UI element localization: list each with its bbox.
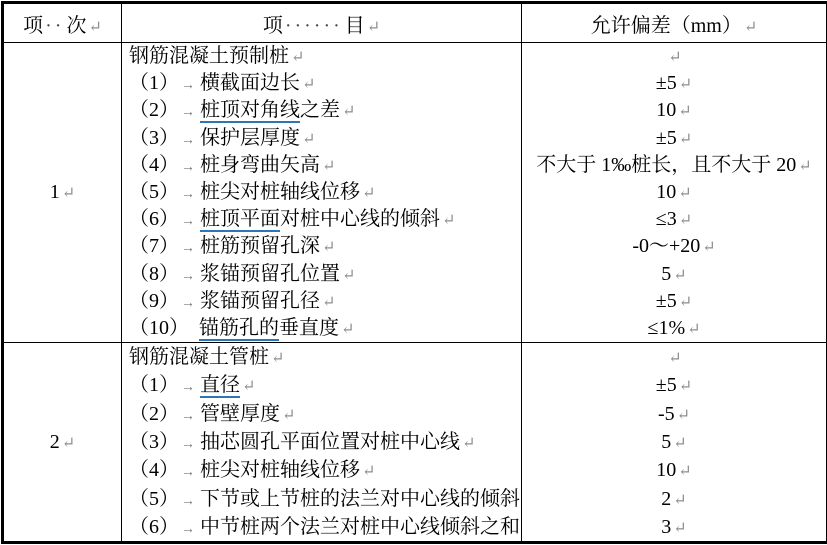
header-cell-item: 项······目↵	[122, 3, 522, 43]
item-number: （1）	[129, 72, 179, 94]
deviation-value: 不大于 1‰桩长，且不大于 20	[536, 154, 796, 176]
paragraph-mark-icon: ↵	[280, 407, 295, 424]
underlined-text: 锚筋孔的	[199, 317, 279, 341]
value-line: ≤1%↵	[522, 315, 826, 342]
category-title: 钢筋混凝土管桩	[129, 346, 269, 368]
paragraph-mark-icon: ↵	[677, 131, 692, 148]
paragraph-mark-icon: ↵	[340, 267, 355, 284]
paragraph-mark-icon: ↵	[671, 435, 686, 452]
item-text: 下节或上节桩的法兰对中心线的倾斜	[200, 488, 520, 510]
header-text: 目	[345, 15, 365, 37]
item-line: （1）→横截面边长↵	[129, 70, 521, 97]
paragraph-mark-icon: ↵	[269, 350, 284, 367]
item-line: （10）锚筋孔的垂直度↵	[129, 315, 521, 342]
paragraph-mark-icon: ↵	[671, 267, 686, 284]
deviation-table: 项··次↵ 项······目↵ 允许偏差（mm）↵ 1↵ 钢筋混凝土预制桩↵（1…	[1, 1, 827, 544]
paragraph-mark-icon: ↵	[671, 520, 686, 537]
underlined-text: 直径	[200, 374, 240, 398]
deviation-value: -5	[658, 403, 675, 425]
item-line: （1）→直径↵	[129, 371, 521, 399]
deviation-value: ±5	[656, 72, 677, 94]
value-line: 5↵	[522, 261, 826, 288]
item-line: （8）→浆锚预留孔位置↵	[129, 261, 521, 288]
item-line: （3）→抽芯圆孔平面位置对桩中心线↵	[129, 428, 521, 456]
paragraph-mark-icon: ↵	[340, 103, 355, 120]
paragraph-mark-icon: ↵	[300, 131, 315, 148]
deviation-value: 3	[661, 516, 671, 538]
value-lines: ↵±5↵10↵±5↵不大于 1‰桩长，且不大于 20↵10↵≤3↵-0～+20↵…	[522, 43, 826, 342]
item-number: （1）	[129, 374, 179, 396]
tab-mark-icon: →	[179, 296, 200, 311]
value-line: ↵	[522, 43, 826, 70]
paragraph-mark-icon: ↵	[360, 463, 375, 480]
item-number: （5）	[129, 488, 179, 510]
item-text: 管壁厚度	[200, 403, 280, 425]
item-line: （3）→保护层厚度↵	[129, 125, 521, 152]
document-page: 项··次↵ 项······目↵ 允许偏差（mm）↵ 1↵ 钢筋混凝土预制桩↵（1…	[0, 0, 827, 545]
deviation-value: ±5	[656, 374, 677, 396]
item-text: 桩尖对桩轴线位移	[200, 181, 360, 203]
item-number: （10）	[129, 317, 189, 339]
item-no-cell: 1↵	[3, 43, 122, 343]
deviation-value: ≤3	[656, 208, 677, 230]
value-line: 10↵	[522, 179, 826, 206]
paragraph-mark-icon: ↵	[320, 239, 335, 256]
item-text: 中节桩两个法兰对桩中心线倾斜之和	[200, 516, 520, 538]
item-line: （5）→下节或上节桩的法兰对中心线的倾斜↵	[129, 485, 521, 513]
header-text: 允许偏差（mm）	[591, 15, 742, 37]
header-text: 次	[66, 15, 86, 37]
item-line: （5）→桩尖对桩轴线位移↵	[129, 179, 521, 206]
value-line: ≤3↵	[522, 206, 826, 233]
paragraph-mark-icon: ↵	[320, 158, 335, 175]
category-title-line: 钢筋混凝土预制桩↵	[129, 43, 521, 70]
value-line: 5↵	[522, 428, 826, 456]
tab-mark-icon: →	[179, 241, 200, 256]
paragraph-mark-icon: ↵	[240, 378, 255, 395]
item-text: 保护层厚度	[200, 127, 300, 149]
item-no: 2	[50, 431, 60, 453]
value-line: 不大于 1‰桩长，且不大于 20↵	[522, 152, 826, 179]
tab-mark-icon: →	[179, 380, 200, 395]
table-body: 1↵ 钢筋混凝土预制桩↵（1）→横截面边长↵（2）→桩顶对角线之差↵（3）→保护…	[3, 43, 827, 543]
item-line: （9）→浆锚预留孔径↵	[129, 288, 521, 315]
deviation-value: 5	[661, 431, 671, 453]
item-number: （6）	[129, 208, 179, 230]
header-text: 项	[23, 15, 43, 37]
item-text: 抽芯圆孔平面位置对桩中心线	[200, 431, 460, 453]
value-line: 10↵	[522, 97, 826, 124]
paragraph-mark-icon: ↵	[460, 435, 475, 452]
item-line: （6）→桩顶平面对桩中心线的倾斜↵	[129, 206, 521, 233]
space-marks: ··	[43, 15, 66, 37]
value-line: ±5↵	[522, 125, 826, 152]
paragraph-mark-icon: ↵	[60, 185, 75, 202]
tab-mark-icon: →	[179, 465, 200, 480]
item-number: （9）	[129, 290, 179, 312]
paragraph-mark-icon: ↵	[700, 239, 715, 256]
tab-mark-icon: →	[179, 437, 200, 452]
paragraph-mark-icon: ↵	[796, 158, 811, 175]
item-number: （4）	[129, 459, 179, 481]
item-no-cell: 2↵	[3, 343, 122, 543]
paragraph-mark-icon: ↵	[360, 185, 375, 202]
item-text: 浆锚预留孔径	[200, 290, 320, 312]
item-lines: 钢筋混凝土预制桩↵（1）→横截面边长↵（2）→桩顶对角线之差↵（3）→保护层厚度…	[129, 43, 521, 342]
tab-mark-icon: →	[179, 78, 200, 93]
item-text: 桩身弯曲矢高	[200, 154, 320, 176]
paragraph-mark-icon: ↵	[60, 435, 75, 452]
underlined-text: 桩顶对角线	[200, 99, 300, 123]
item-line: （2）→桩顶对角线之差↵	[129, 97, 521, 124]
value-line: ↵	[522, 343, 826, 371]
deviation-value: -0～+20	[632, 235, 700, 257]
category-title: 钢筋混凝土预制桩	[129, 45, 289, 67]
paragraph-mark-icon: ↵	[671, 492, 686, 509]
deviation-value: 10	[656, 181, 676, 203]
paragraph-mark-icon: ↵	[676, 185, 691, 202]
header-text: 项	[263, 15, 283, 37]
value-line: ±5↵	[522, 371, 826, 399]
values-cell: ↵±5↵-5↵5↵10↵2↵3↵	[522, 343, 827, 543]
paragraph-mark-icon: ↵	[675, 407, 690, 424]
paragraph-mark-icon: ↵	[677, 378, 692, 395]
value-lines: ↵±5↵-5↵5↵10↵2↵3↵	[522, 343, 826, 541]
values-cell: ↵±5↵10↵±5↵不大于 1‰桩长，且不大于 20↵10↵≤3↵-0～+20↵…	[522, 43, 827, 343]
deviation-value: 2	[661, 488, 671, 510]
paragraph-mark-icon: ↵	[289, 49, 304, 66]
item-text: 垂直度	[279, 317, 339, 339]
item-number: （3）	[129, 431, 179, 453]
value-line: 3↵	[522, 513, 826, 541]
paragraph-mark-icon: ↵	[666, 49, 681, 66]
header-row: 项··次↵ 项······目↵ 允许偏差（mm）↵	[3, 3, 827, 43]
item-text: 桩尖对桩轴线位移	[200, 459, 360, 481]
paragraph-mark-icon: ↵	[677, 294, 692, 311]
item-line: （7）→桩筋预留孔深↵	[129, 233, 521, 260]
items-cell: 钢筋混凝土管桩↵（1）→直径↵（2）→管壁厚度↵（3）→抽芯圆孔平面位置对桩中心…	[122, 343, 522, 543]
value-line: -5↵	[522, 400, 826, 428]
table-row-1: 1↵ 钢筋混凝土预制桩↵（1）→横截面边长↵（2）→桩顶对角线之差↵（3）→保护…	[3, 43, 827, 343]
paragraph-mark-icon: ↵	[685, 321, 700, 338]
value-line: 10↵	[522, 456, 826, 484]
tab-mark-icon: →	[179, 133, 200, 148]
paragraph-mark-icon: ↵	[300, 76, 315, 93]
paragraph-mark-icon: ↵	[676, 463, 691, 480]
item-number: （5）	[129, 181, 179, 203]
header-cell-deviation: 允许偏差（mm）↵	[522, 3, 827, 43]
tab-mark-icon: →	[179, 187, 200, 202]
item-number: （7）	[129, 235, 179, 257]
item-number: （3）	[129, 127, 179, 149]
item-line: （4）→桩身弯曲矢高↵	[129, 152, 521, 179]
paragraph-mark-icon: ↵	[676, 103, 691, 120]
deviation-value: 10	[656, 99, 676, 121]
tab-mark-icon: →	[179, 494, 200, 509]
value-line: -0～+20↵	[522, 233, 826, 260]
deviation-value: 10	[656, 459, 676, 481]
tab-mark-icon: →	[179, 214, 200, 229]
items-cell: 钢筋混凝土预制桩↵（1）→横截面边长↵（2）→桩顶对角线之差↵（3）→保护层厚度…	[122, 43, 522, 343]
table-row-2: 2↵ 钢筋混凝土管桩↵（1）→直径↵（2）→管壁厚度↵（3）→抽芯圆孔平面位置对…	[3, 343, 827, 543]
item-text: 对桩中心线的倾斜	[280, 208, 440, 230]
item-lines: 钢筋混凝土管桩↵（1）→直径↵（2）→管壁厚度↵（3）→抽芯圆孔平面位置对桩中心…	[129, 343, 521, 541]
deviation-value: ±5	[656, 127, 677, 149]
tab-mark-icon: →	[179, 160, 200, 175]
paragraph-mark-icon: ↵	[677, 212, 692, 229]
item-line: （2）→管壁厚度↵	[129, 400, 521, 428]
tab-mark-icon: →	[179, 105, 200, 120]
paragraph-mark-icon: ↵	[677, 76, 692, 93]
item-number: （4）	[129, 154, 179, 176]
header-cell-item-no: 项··次↵	[3, 3, 122, 43]
value-line: ±5↵	[522, 70, 826, 97]
tab-mark-icon: →	[179, 269, 200, 284]
tab-mark-icon: →	[179, 409, 200, 424]
item-line: （4）→桩尖对桩轴线位移↵	[129, 456, 521, 484]
paragraph-mark-icon: ↵	[440, 212, 455, 229]
tab-mark-icon: →	[179, 522, 200, 537]
paragraph-mark-icon: ↵	[742, 19, 757, 36]
deviation-value: 5	[661, 263, 671, 285]
paragraph-mark-icon: ↵	[320, 294, 335, 311]
item-text: 横截面边长	[200, 72, 300, 94]
item-text: 之差	[300, 99, 340, 121]
item-number: （2）	[129, 99, 179, 121]
item-text: 浆锚预留孔位置	[200, 263, 340, 285]
underlined-text: 桩顶平面	[200, 208, 280, 232]
paragraph-mark-icon: ↵	[365, 19, 380, 36]
value-line: 2↵	[522, 485, 826, 513]
space-marks: ······	[283, 15, 345, 37]
item-number: （6）	[129, 516, 179, 538]
paragraph-mark-icon: ↵	[339, 321, 354, 338]
item-number: （8）	[129, 263, 179, 285]
paragraph-mark-icon: ↵	[666, 350, 681, 367]
deviation-value: ≤1%	[647, 317, 685, 339]
paragraph-mark-icon: ↵	[86, 19, 101, 36]
deviation-value: ±5	[656, 290, 677, 312]
item-number: （2）	[129, 403, 179, 425]
item-no: 1	[50, 181, 60, 203]
value-line: ±5↵	[522, 288, 826, 315]
item-text: 桩筋预留孔深	[200, 235, 320, 257]
item-line: （6）→中节桩两个法兰对桩中心线倾斜之和↵	[129, 513, 521, 541]
category-title-line: 钢筋混凝土管桩↵	[129, 343, 521, 371]
